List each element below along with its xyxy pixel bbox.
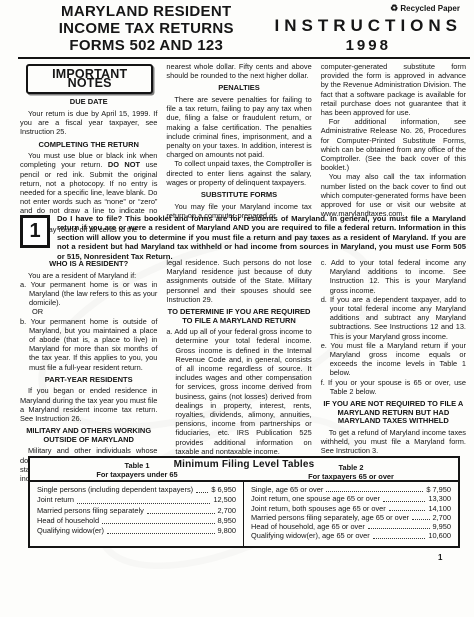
top-column-3: computer-generated substitute form provi… <box>321 62 466 212</box>
determine-item-c: c. Add to your total federal income any … <box>321 258 466 295</box>
due-date-paragraph: Your return is due by April 15, 1999. If… <box>20 109 157 137</box>
row-label: Joint return, one spouse age 65 or over <box>251 494 380 503</box>
section1-column-1: WHO IS A RESIDENT? You are a resident of… <box>20 258 157 455</box>
table2: Single, age 65 or over$ 7,950 Joint retu… <box>244 482 458 546</box>
page-number: 1 <box>438 553 442 562</box>
table-row: Joint return, one spouse age 65 or over1… <box>251 494 451 503</box>
resident-intro-line: You are a resident of Maryland if: <box>20 271 157 280</box>
table-row: Married persons filing separately2,700 <box>37 506 236 516</box>
rounding-continued-paragraph: nearest whole dollar. Fifty cents and ab… <box>166 62 311 80</box>
part-year-paragraph: If you began or ended residence in Maryl… <box>20 386 157 423</box>
title-line: INCOME TAX RETURNS <box>18 20 275 37</box>
table-row: Head of household, age 65 or over9,950 <box>251 522 451 531</box>
row-label: Single persons (including dependent taxp… <box>37 485 193 495</box>
military-continued-paragraph: legal residence. Such persons do not los… <box>166 258 311 304</box>
top-column-2: nearest whole dollar. Fifty cents and ab… <box>166 62 311 212</box>
table1-header: Table 1 For taxpayers under 65 <box>30 462 244 479</box>
row-amount: $ 6,950 <box>211 485 236 495</box>
determine-item-a: a. Add up all of your federal gross inco… <box>166 327 311 456</box>
determine-item-f: f. If you or your spouse is 65 or over, … <box>321 378 466 396</box>
do-not-emphasis: DO NOT <box>108 160 140 169</box>
row-label: Head of household, age 65 or over <box>251 522 365 531</box>
or-label: OR <box>20 307 157 316</box>
dot-leader <box>196 492 208 493</box>
substitute-continued-paragraph: computer-generated substitute form provi… <box>321 62 466 117</box>
section-number-box: 1 <box>20 215 50 248</box>
additional-info-paragraph: For additional information, see Administ… <box>321 117 466 172</box>
row-amount: 14,100 <box>428 504 451 513</box>
due-date-heading: DUE DATE <box>20 98 157 107</box>
section1-column-2: legal residence. Such persons do not los… <box>166 258 311 455</box>
resident-item-a: a. Your permanent home is or was in Mary… <box>20 280 157 308</box>
not-required-heading: IF YOU ARE NOT REQUIRED TO FILE A MARYLA… <box>321 400 466 426</box>
row-label: Joint return, both spouses age 65 or ove… <box>251 504 386 513</box>
tables-header: Minimum Filing Level Tables Table 1 For … <box>30 458 458 480</box>
table-row: Joint return12,500 <box>37 495 236 505</box>
table-row: Head of household8,950 <box>37 516 236 526</box>
dot-leader <box>389 510 426 511</box>
table1-subtitle: For taxpayers under 65 <box>30 471 244 480</box>
instructions-heading: INSTRUCTIONS <box>275 16 463 36</box>
dot-leader <box>326 491 423 492</box>
determine-required-heading: TO DETERMINE IF YOU ARE REQUIRED TO FILE… <box>166 308 311 325</box>
row-label: Qualifying widow(er) <box>37 526 104 536</box>
header-rule <box>18 57 470 59</box>
who-is-resident-heading: WHO IS A RESIDENT? <box>20 260 157 269</box>
military-heading: MILITARY AND OTHERS WORKING OUTSIDE OF M… <box>20 427 157 444</box>
document-page: MARYLAND RESIDENT INCOME TAX RETURNS FOR… <box>0 0 474 617</box>
top-notes-section: IMPORTANT NOTES DUE DATE Your return is … <box>20 62 466 212</box>
dot-leader <box>77 503 210 504</box>
table-row: Single, age 65 or over$ 7,950 <box>251 485 451 494</box>
dot-leader <box>102 523 214 524</box>
section1-column-3: c. Add to your total federal income any … <box>321 258 466 455</box>
table1: Single persons (including dependent taxp… <box>30 482 244 546</box>
dot-leader <box>147 513 215 514</box>
recycle-icon: ♻ <box>390 3 398 13</box>
table2-subtitle: For taxpayers 65 or over <box>244 473 458 482</box>
row-amount: 9,800 <box>218 526 237 536</box>
tables-body: Single persons (including dependent taxp… <box>30 480 458 546</box>
substitute-forms-heading: SUBSTITUTE FORMS <box>166 191 311 200</box>
row-amount: 2,700 <box>433 513 452 522</box>
resident-item-b: b. Your permanent home is outside of Mar… <box>20 317 157 372</box>
row-amount: 8,950 <box>218 516 237 526</box>
dot-leader <box>368 528 430 529</box>
title-line: MARYLAND RESIDENT <box>18 3 275 20</box>
table-row: Married persons filing separately, age 6… <box>251 513 451 522</box>
penalties-heading: PENALTIES <box>166 84 311 93</box>
row-amount: 9,950 <box>433 522 452 531</box>
recycled-paper-note: ♻ Recycled Paper <box>275 3 463 14</box>
recycled-label: Recycled Paper <box>400 4 460 13</box>
row-label: Married persons filing separately <box>37 506 144 516</box>
minimum-filing-level-tables: Minimum Filing Level Tables Table 1 For … <box>28 456 460 548</box>
dot-leader <box>383 501 425 502</box>
table-row: Joint return, both spouses age 65 or ove… <box>251 504 451 513</box>
determine-item-d: d. If you are a dependent taxpayer, add … <box>321 295 466 341</box>
row-label: Head of household <box>37 516 99 526</box>
dot-leader <box>412 519 429 520</box>
row-amount: 13,300 <box>428 494 451 503</box>
row-label: Married persons filing separately, age 6… <box>251 513 409 522</box>
document-title: MARYLAND RESIDENT INCOME TAX RETURNS FOR… <box>18 3 275 54</box>
table-row: Qualifying widow(er), age 65 or over10,6… <box>251 531 451 540</box>
tax-info-number-paragraph: You may also call the tax information nu… <box>321 172 466 218</box>
title-line: FORMS 502 AND 123 <box>18 37 275 54</box>
not-required-paragraph: To get a refund of Maryland income taxes… <box>321 428 466 456</box>
row-amount: 10,600 <box>428 531 451 540</box>
section-1-intro-text: Do I have to file? This booklet and form… <box>57 214 466 261</box>
section-1-intro: 1 Do I have to file? This booklet and fo… <box>20 214 466 261</box>
row-label: Single, age 65 or over <box>251 485 323 494</box>
part-year-heading: PART-YEAR RESIDENTS <box>20 376 157 385</box>
table-row: Qualifying widow(er)9,800 <box>37 526 236 536</box>
year-heading: 1998 <box>275 37 463 54</box>
penalties-paragraph-1: There are severe penalties for failing t… <box>166 95 311 159</box>
important-notes-box: IMPORTANT NOTES <box>26 64 153 94</box>
row-label: Qualifying widow(er), age 65 or over <box>251 531 370 540</box>
intro-lead: Do I have to file? <box>57 214 122 223</box>
row-amount: 12,500 <box>213 495 236 505</box>
penalties-paragraph-2: To collect unpaid taxes, the Comptroller… <box>166 159 311 187</box>
completing-return-heading: COMPLETING THE RETURN <box>20 141 157 150</box>
row-label: Joint return <box>37 495 74 505</box>
header: MARYLAND RESIDENT INCOME TAX RETURNS FOR… <box>18 3 462 54</box>
dot-leader <box>373 538 426 539</box>
row-amount: $ 7,950 <box>426 485 451 494</box>
determine-item-e: e. You must file a Maryland return if yo… <box>321 341 466 378</box>
table-row: Single persons (including dependent taxp… <box>37 485 236 495</box>
section-1-columns: WHO IS A RESIDENT? You are a resident of… <box>20 258 466 455</box>
header-right: ♻ Recycled Paper INSTRUCTIONS 1998 <box>275 3 463 54</box>
table2-header: Table 2 For taxpayers 65 or over <box>244 464 458 481</box>
dot-leader <box>107 533 215 534</box>
top-column-1: IMPORTANT NOTES DUE DATE Your return is … <box>20 62 157 212</box>
row-amount: 2,700 <box>218 506 237 516</box>
